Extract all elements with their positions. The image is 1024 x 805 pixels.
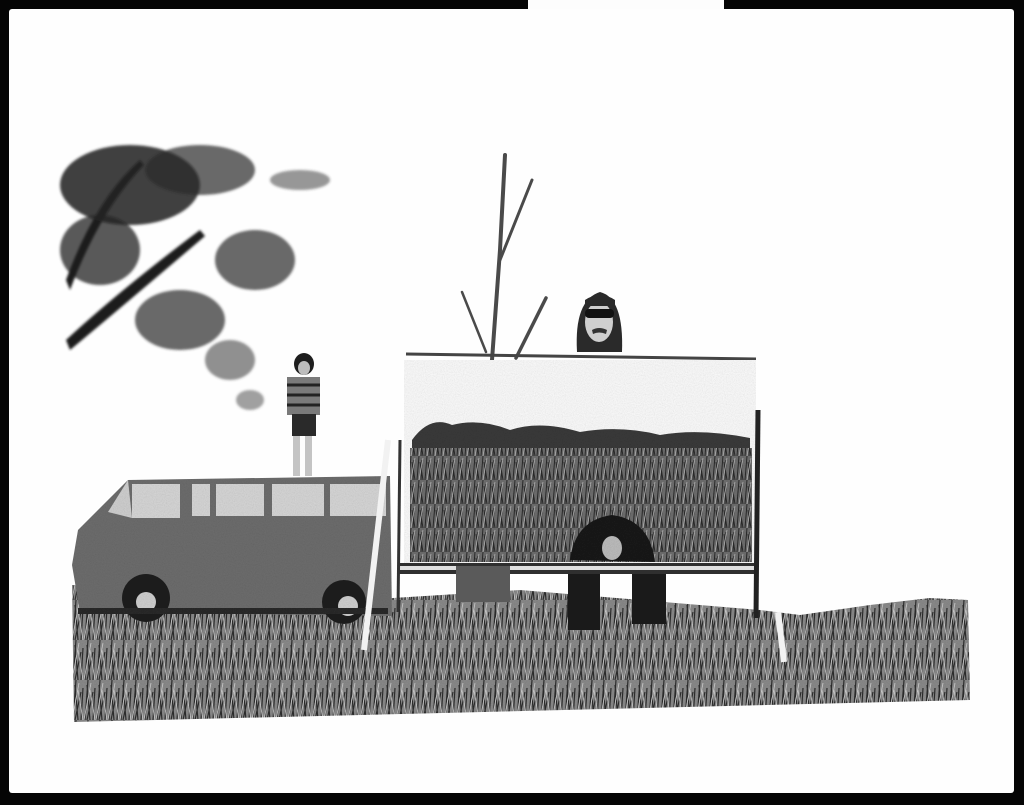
bare-tree (462, 155, 546, 360)
crate (456, 566, 510, 602)
frame-post-left (398, 440, 400, 612)
person-on-van (287, 353, 320, 476)
photo-scene (0, 0, 1024, 805)
tree (60, 145, 330, 410)
framed-landscape (404, 360, 756, 570)
frame-post-right (756, 410, 758, 618)
van (72, 476, 392, 624)
frame-top-bar (406, 354, 756, 359)
person-with-sunglasses (577, 292, 622, 352)
